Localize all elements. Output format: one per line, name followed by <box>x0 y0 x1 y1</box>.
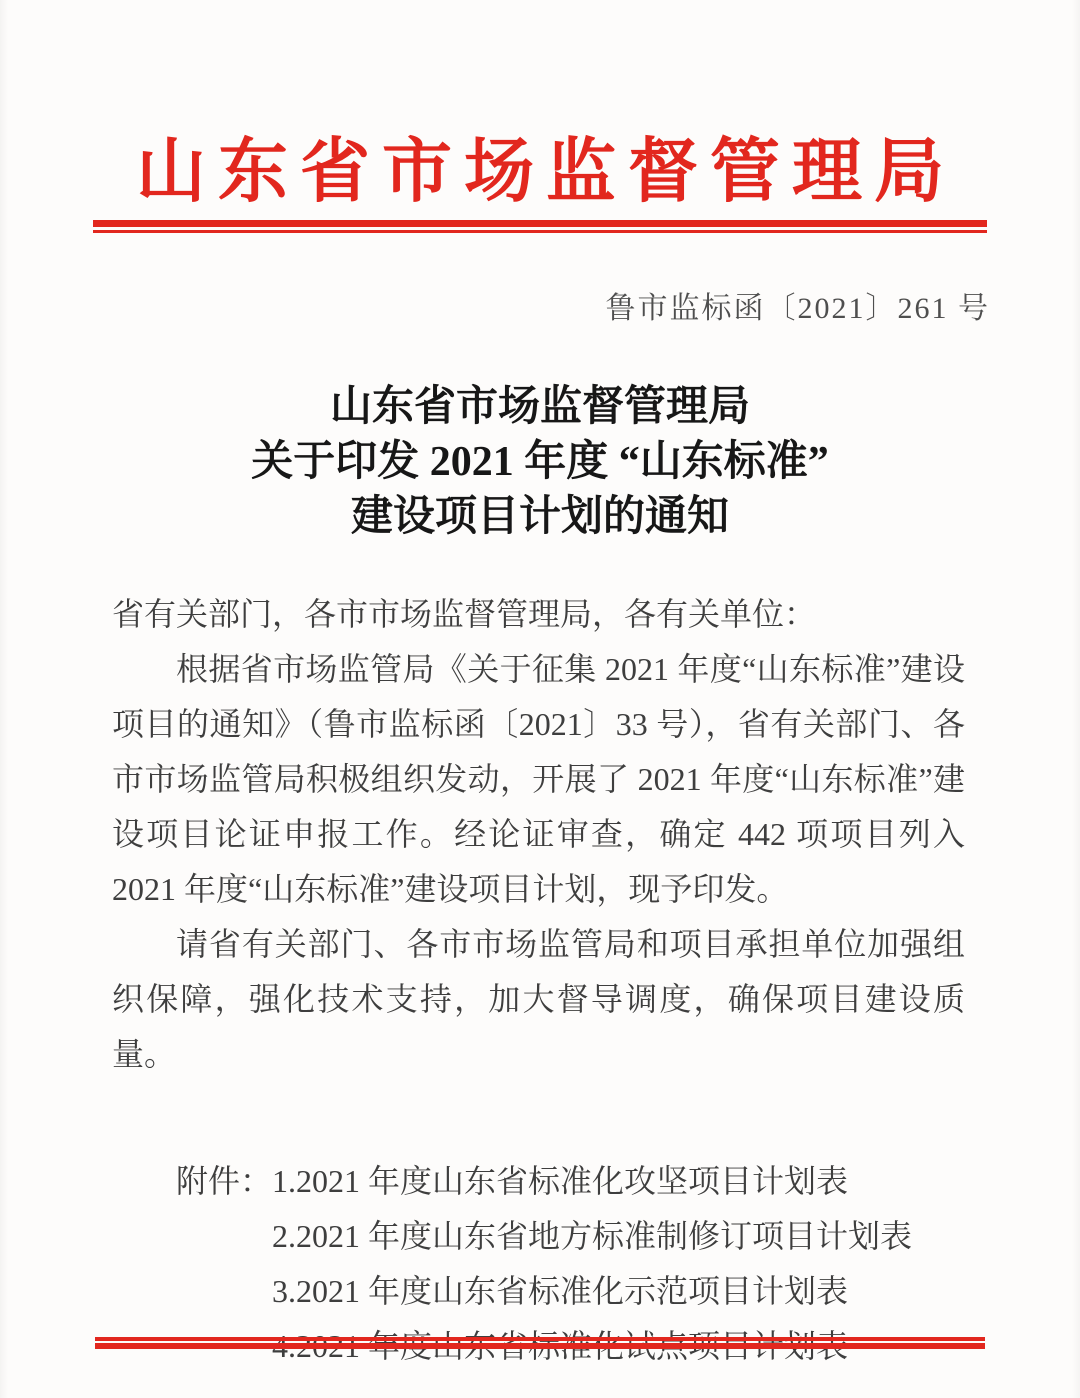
paragraph-2: 请省有关部门、各市市场监管局和项目承担单位加强组织保障，强化技术支持，加大督导调… <box>112 917 965 1082</box>
notice-title-line-2: 关于印发 2021 年度 “山东标准” <box>0 435 1080 490</box>
paragraph-1: 根据省市场监管局《关于征集 2021 年度“山东标准”建设项目的通知》（鲁市监标… <box>112 642 965 917</box>
document-number: 鲁市监标函〔2021〕261 号 <box>0 290 1080 328</box>
footer-double-rule <box>95 1337 985 1349</box>
attachment-item: 2.2021 年度山东省地方标准制修订项目计划表 <box>272 1209 912 1264</box>
notice-body: 省有关部门，各市市场监督管理局，各有关单位： 根据省市场监管局《关于征集 202… <box>0 587 1080 1082</box>
attachments-label: 附件： <box>176 1154 272 1209</box>
header-double-rule <box>93 220 987 233</box>
agency-masthead: 山东省市场监督管理局 <box>0 0 1080 218</box>
notice-title: 山东省市场监督管理局 关于印发 2021 年度 “山东标准” 建设项目计划的通知 <box>0 380 1080 545</box>
attachment-item: 3.2021 年度山东省标准化示范项目计划表 <box>272 1264 912 1319</box>
notice-title-line-3: 建设项目计划的通知 <box>0 490 1080 545</box>
salutation-line: 省有关部门，各市市场监督管理局，各有关单位： <box>112 587 965 642</box>
notice-title-line-1: 山东省市场监督管理局 <box>0 380 1080 435</box>
attachment-item: 1.2021 年度山东省标准化攻坚项目计划表 <box>272 1154 912 1209</box>
document-page: 山东省市场监督管理局 鲁市监标函〔2021〕261 号 山东省市场监督管理局 关… <box>0 0 1080 1398</box>
